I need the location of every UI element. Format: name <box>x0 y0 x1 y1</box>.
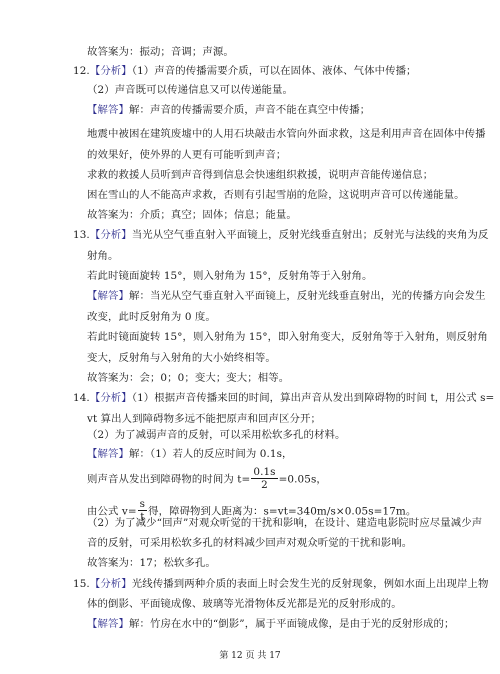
q12-solution-line2: 地震中被困在建筑废墟中的人用石块敲击水管向外面求救，这是利用声音在固体中传播 <box>87 127 486 141</box>
formula-prefix: 则声音从发出到障碍物的时间为 t= <box>87 474 250 486</box>
q15-solution: 【解答】解：竹房在水中的“倒影”，属于平面镜成像，是由于光的反射形成的； <box>87 617 455 631</box>
q14-answer: 故答案为：17；松软多孔。 <box>87 556 216 570</box>
q12-solution: 【解答】解：声音的传播需要介质，声音不能在真空中传播； <box>87 103 370 117</box>
solution-text: 解：竹房在水中的“倒影”，属于平面镜成像，是由于光的反射形成的； <box>129 618 455 630</box>
q13-analysis-line3: 若此时镜面旋转 15°，则入射角为 15°，反射角等于入射角。 <box>87 269 373 283</box>
q13-solution-line4: 变大，反射角与入射角的大小始终相等。 <box>87 351 276 365</box>
solution-text: 解：声音的传播需要介质，声音不能在真空中传播； <box>129 104 370 116</box>
q12-solution-line4: 求救的救援人员听到声音得到信息会快速组织救援，说明声音能传递信息； <box>87 168 433 182</box>
question-number: 12. <box>73 64 90 78</box>
analysis-text: （1）声音的传播需要介质，可以在固体、液体、气体中传播； <box>132 65 417 77</box>
q12-analysis: 12.【分析】（1）声音的传播需要介质，可以在固体、液体、气体中传播； <box>73 64 417 78</box>
q14-solution: 【解答】解：（1）若人的反应时间为 0.1s， <box>87 447 293 461</box>
q14-solution-line2: 则声音从发出到障碍物的时间为 t=0.1s2=0.05s， <box>87 467 327 492</box>
fraction-numerator: 0.1s <box>251 466 277 479</box>
q12-solution-line5: 困在雪山的人不能高声求救，否则有引起雪崩的危险，这说明声音可以传递能量。 <box>87 188 465 202</box>
q15-analysis: 15.【分析】光线传播到两种介质的表面上时会发生光的反射现象，例如水面上出现岸上… <box>73 577 488 591</box>
q13-solution: 【解答】解：当光从空气垂直射入平面镜上，反射光线垂直射出，光的传播方向会发生 <box>87 289 486 303</box>
formula-suffix: =0.05s， <box>279 474 327 486</box>
analysis-label: 【分析】 <box>90 578 132 590</box>
fraction-denominator: 2 <box>251 479 277 491</box>
q14-analysis: 14.【分析】（1）根据声音传播来回的时间，算出声音从发出到障碍物的时间 t，用… <box>73 391 494 405</box>
question-number: 15. <box>73 577 90 591</box>
analysis-text: （1）根据声音传播来回的时间，算出声音从发出到障碍物的时间 t，用公式 s= <box>132 392 495 404</box>
page-footer: 第 12 页 共 17 <box>0 650 500 662</box>
q14-solution-line4: （2）为了减少“回声”对观众听觉的干扰和影响，在设计、建造电影院时应尽量减少声 <box>87 516 482 530</box>
q13-analysis-line2: 射角。 <box>87 249 118 263</box>
solution-text: 解：（1）若人的反应时间为 0.1s， <box>129 448 293 460</box>
analysis-text: 光线传播到两种介质的表面上时会发生光的反射现象，例如水面上出现岸上物 <box>132 578 489 590</box>
q14-solution-line5: 音的反射，可采用松软多孔的材料减少回声对观众听觉的干扰和影响。 <box>87 536 412 550</box>
q12-analysis-line2: （2）声音既可以传递信息又可以传递能量。 <box>87 83 293 97</box>
solution-text: 解：当光从空气垂直射入平面镜上，反射光线垂直射出，光的传播方向会发生 <box>129 290 486 302</box>
question-number: 13. <box>73 228 90 242</box>
q14-analysis-line2: vt 算出人到障碍物多远不能把原声和回声区分开； <box>87 412 321 426</box>
solution-label: 【解答】 <box>87 104 129 116</box>
solution-label: 【解答】 <box>87 618 129 630</box>
q12-answer: 故答案为：介质；真空；固体；信息；能量。 <box>87 208 297 222</box>
q14-analysis-line3: （2）为了减弱声音的反射，可以采用松软多孔的材料。 <box>87 428 345 442</box>
q12-solution-line3: 的效果好，使外界的人更有可能听到声音； <box>87 148 286 162</box>
document-page: 故答案为：振动；音调；声源。 12.【分析】（1）声音的传播需要介质，可以在固体… <box>0 0 500 674</box>
analysis-text: 当光从空气垂直射入平面镜上，反射光线垂直射出；反射光与法线的夹角为反 <box>132 229 489 241</box>
q13-analysis: 13.【分析】当光从空气垂直射入平面镜上，反射光线垂直射出；反射光与法线的夹角为… <box>73 228 488 242</box>
fraction-numerator: s <box>138 498 147 511</box>
q13-answer: 故答案为：会；0；0；变大；变大；相等。 <box>87 371 289 385</box>
analysis-label: 【分析】 <box>90 392 132 404</box>
answer-q11-tail: 故答案为：振动；音调；声源。 <box>87 45 234 59</box>
analysis-label: 【分析】 <box>90 65 132 77</box>
question-number: 14. <box>73 391 90 405</box>
solution-label: 【解答】 <box>87 290 129 302</box>
q13-solution-line3: 若此时镜面旋转 15°，则入射角为 15°，即入射角变大，反射角等于入射角，则反… <box>87 330 488 344</box>
q13-solution-line2: 改变，此时反射角为 0 度。 <box>87 310 216 324</box>
analysis-label: 【分析】 <box>90 229 132 241</box>
fraction: 0.1s2 <box>251 466 277 491</box>
solution-label: 【解答】 <box>87 448 129 460</box>
q15-analysis-line2: 体的倒影、平面镜成像、玻璃等光滑物体反光都是光的反射形成的。 <box>87 597 402 611</box>
